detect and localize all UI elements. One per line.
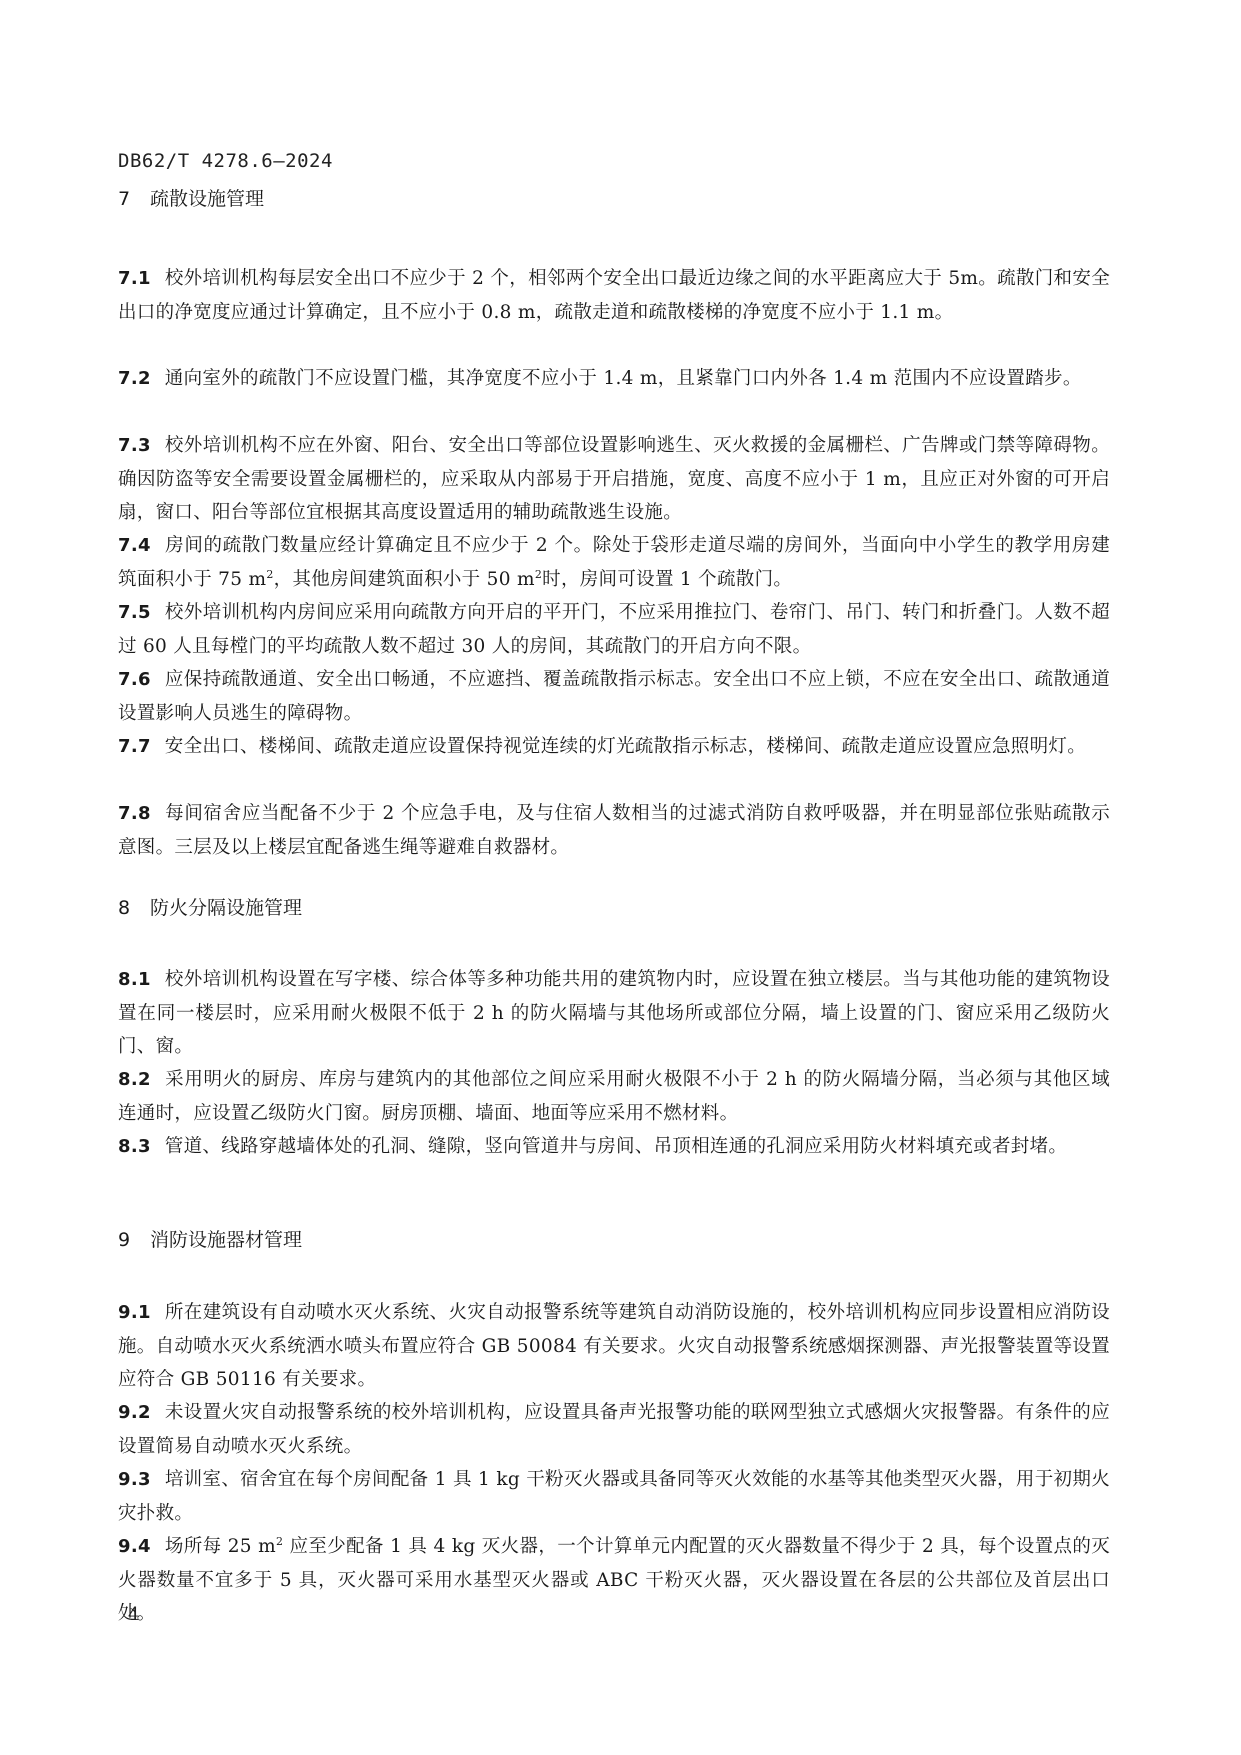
clause-text: 每间宿舍应当配备不少于 2 个应急手电，及与住宿人数相当的过滤式消防自救呼吸器，… — [118, 803, 1110, 858]
clause-7-8: 7.8每间宿舍应当配备不少于 2 个应急手电，及与住宿人数相当的过滤式消防自救呼… — [118, 797, 1110, 864]
section-number: 8 — [118, 897, 150, 919]
clause-text-part: ，其他房间建筑面积小于 50 m — [274, 569, 535, 590]
clause-number: 7.4 — [118, 535, 151, 556]
clause-number: 7.8 — [118, 803, 151, 824]
clause-8-2: 8.2采用明火的厨房、库房与建筑内的其他部位之间应采用耐火极限不小于 2 h 的… — [118, 1063, 1110, 1130]
page-number: 4 — [128, 1604, 139, 1625]
clause-number: 9.4 — [118, 1536, 151, 1557]
section-heading-7: 7疏散设施管理 — [118, 184, 264, 211]
section-title: 消防设施器材管理 — [150, 1229, 302, 1251]
clause-number: 8.2 — [118, 1069, 151, 1090]
clause-text-part: 场所每 25 m — [165, 1536, 276, 1557]
section-title: 疏散设施管理 — [150, 188, 264, 210]
clause-7-6: 7.6应保持疏散通道、安全出口畅通，不应遮挡、覆盖疏散指示标志。安全出口不应上锁… — [118, 663, 1110, 730]
clause-number: 7.2 — [118, 368, 151, 389]
clause-text: 采用明火的厨房、库房与建筑内的其他部位之间应采用耐火极限不小于 2 h 的防火隔… — [118, 1069, 1110, 1124]
clause-7-5: 7.5校外培训机构内房间应采用向疏散方向开启的平开门，不应采用推拉门、卷帘门、吊… — [118, 596, 1110, 663]
clause-text: 通向室外的疏散门不应设置门槛，其净宽度不应小于 1.4 m，且紧靠门口内外各 1… — [165, 368, 1082, 389]
clause-text: 校外培训机构不应在外窗、阳台、安全出口等部位设置影响逃生、灭火救援的金属栅栏、广… — [118, 435, 1110, 523]
clause-number: 9.2 — [118, 1402, 151, 1423]
clause-9-4: 9.4场所每 25 m2 应至少配备 1 具 4 kg 灭火器，一个计算单元内配… — [118, 1530, 1110, 1631]
clause-7-3: 7.3校外培训机构不应在外窗、阳台、安全出口等部位设置影响逃生、灭火救援的金属栅… — [118, 429, 1110, 530]
section-title: 防火分隔设施管理 — [150, 897, 302, 919]
clause-number: 9.3 — [118, 1469, 151, 1490]
clause-text: 培训室、宿舍宜在每个房间配备 1 具 1 kg 干粉灭火器或具备同等灭火效能的水… — [118, 1469, 1110, 1524]
clause-number: 7.3 — [118, 435, 151, 456]
clause-number: 7.7 — [118, 736, 151, 757]
clause-text: 校外培训机构设置在写字楼、综合体等多种功能共用的建筑物内时，应设置在独立楼层。当… — [118, 969, 1110, 1057]
clause-text: 校外培训机构每层安全出口不应少于 2 个，相邻两个安全出口最近边缘之间的水平距离… — [118, 268, 1110, 323]
clause-number: 7.6 — [118, 669, 151, 690]
clause-text-part: 时，房间可设置 1 个疏散门。 — [542, 569, 792, 590]
clause-7-7: 7.7安全出口、楼梯间、疏散走道应设置保持视觉连续的灯光疏散指示标志，楼梯间、疏… — [118, 730, 1110, 764]
section-heading-8: 8防火分隔设施管理 — [118, 893, 302, 920]
clause-7-1: 7.1校外培训机构每层安全出口不应少于 2 个，相邻两个安全出口最近边缘之间的水… — [118, 262, 1110, 329]
clause-7-4: 7.4房间的疏散门数量应经计算确定且不应少于 2 个。除处于袋形走道尽端的房间外… — [118, 529, 1110, 596]
clause-text: 安全出口、楼梯间、疏散走道应设置保持视觉连续的灯光疏散指示标志，楼梯间、疏散走道… — [165, 736, 1086, 757]
clause-9-1: 9.1所在建筑设有自动喷水灭火系统、火灾自动报警系统等建筑自动消防设施的，校外培… — [118, 1296, 1110, 1397]
document-code: DB62/T 4278.6—2024 — [118, 150, 333, 172]
clause-9-2: 9.2未设置火灾自动报警系统的校外培训机构，应设置具备声光报警功能的联网型独立式… — [118, 1396, 1110, 1463]
clause-text: 管道、线路穿越墙体处的孔洞、缝隙，竖向管道井与房间、吊顶相连通的孔洞应采用防火材… — [165, 1136, 1067, 1157]
section-number: 9 — [118, 1229, 150, 1251]
clause-text: 校外培训机构内房间应采用向疏散方向开启的平开门，不应采用推拉门、卷帘门、吊门、转… — [118, 602, 1110, 657]
clause-number: 8.1 — [118, 969, 151, 990]
clause-number: 8.3 — [118, 1136, 151, 1157]
clause-8-3: 8.3管道、线路穿越墙体处的孔洞、缝隙，竖向管道井与房间、吊顶相连通的孔洞应采用… — [118, 1130, 1110, 1164]
clause-number: 7.5 — [118, 602, 151, 623]
superscript: 2 — [266, 567, 273, 580]
clause-text: 所在建筑设有自动喷水灭火系统、火灾自动报警系统等建筑自动消防设施的，校外培训机构… — [118, 1302, 1110, 1390]
clause-8-1: 8.1校外培训机构设置在写字楼、综合体等多种功能共用的建筑物内时，应设置在独立楼… — [118, 963, 1110, 1064]
clause-text: 应保持疏散通道、安全出口畅通，不应遮挡、覆盖疏散指示标志。安全出口不应上锁，不应… — [118, 669, 1110, 724]
section-number: 7 — [118, 188, 150, 210]
clause-number: 9.1 — [118, 1302, 151, 1323]
clause-9-3: 9.3培训室、宿舍宜在每个房间配备 1 具 1 kg 干粉灭火器或具备同等灭火效… — [118, 1463, 1110, 1530]
section-heading-9: 9消防设施器材管理 — [118, 1225, 302, 1252]
clause-7-2: 7.2通向室外的疏散门不应设置门槛，其净宽度不应小于 1.4 m，且紧靠门口内外… — [118, 362, 1110, 396]
clause-text: 未设置火灾自动报警系统的校外培训机构，应设置具备声光报警功能的联网型独立式感烟火… — [118, 1402, 1110, 1457]
clause-number: 7.1 — [118, 268, 151, 289]
